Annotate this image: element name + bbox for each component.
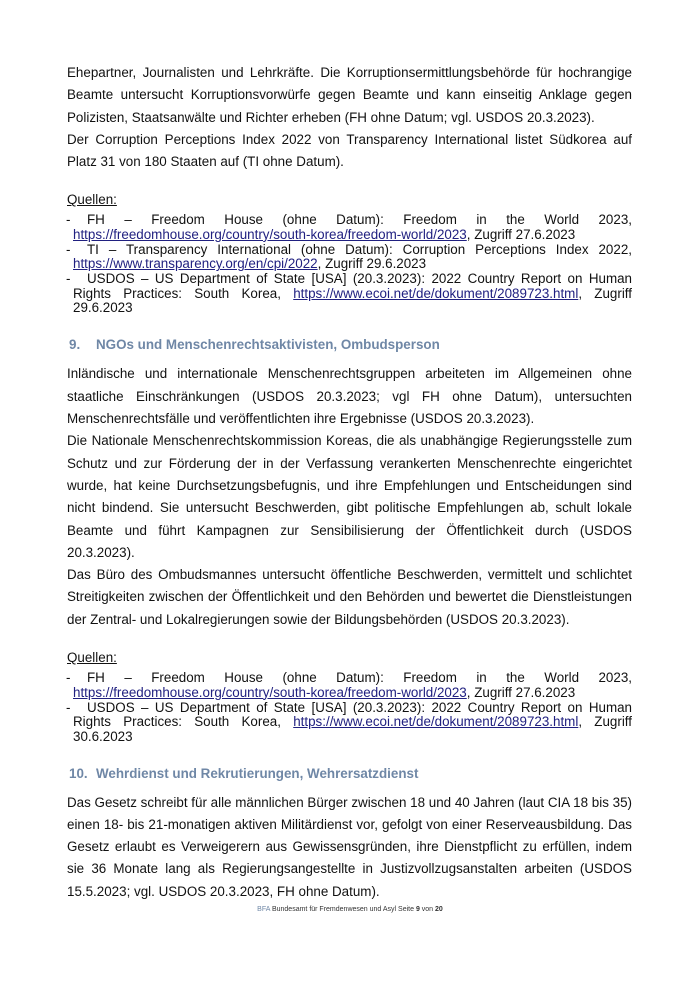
paragraph-cpi: Der Corruption Perceptions Index 2022 vo… [67,129,632,174]
sources-list: - FH – Freedom House (ohne Datum): Freed… [67,671,632,744]
source-link[interactable]: https://www.ecoi.net/de/dokument/2089723… [293,286,578,301]
paragraph-ngos: Inländische und internationale Menschenr… [67,363,632,430]
sources-list: - FH – Freedom House (ohne Datum): Freed… [67,213,632,316]
source-item: - USDOS – US Department of State [USA] (… [67,272,632,316]
source-item: - FH – Freedom House (ohne Datum): Freed… [67,671,632,700]
section-heading-10: 10.Wehrdienst und Rekrutierungen, Wehrer… [67,765,632,783]
source-item: - USDOS – US Department of State [USA] (… [67,701,632,745]
source-item: - FH – Freedom House (ohne Datum): Freed… [67,213,632,242]
paragraph-human-rights-commission: Die Nationale Menschenrechtskommission K… [67,430,632,564]
source-item: - TI – Transparency International (ohne … [67,243,632,272]
source-link[interactable]: https://www.transparency.org/en/cpi/2022 [73,256,318,271]
footer-brand: BFA [257,906,270,913]
paragraph-corruption-authority: Ehepartner, Journalisten und Lehrkräfte.… [67,62,632,129]
paragraph-military-service: Das Gesetz schreibt für alle männlichen … [67,792,632,903]
sources-title: Quellen: [67,649,632,667]
source-link[interactable]: https://freedomhouse.org/country/south-k… [73,685,467,700]
source-link[interactable]: https://freedomhouse.org/country/south-k… [73,227,467,242]
section-heading-9: 9.NGOs und Menschenrechtsaktivisten, Omb… [67,336,632,354]
page-footer: BFA Bundesamt für Fremdenwesen und Asyl … [0,906,700,913]
document-page: Ehepartner, Journalisten und Lehrkräfte.… [67,62,632,903]
source-link[interactable]: https://www.ecoi.net/de/dokument/2089723… [293,714,578,729]
total-pages: 20 [435,906,443,913]
paragraph-ombudsman: Das Büro des Ombudsmannes untersucht öff… [67,564,632,631]
sources-title: Quellen: [67,191,632,209]
